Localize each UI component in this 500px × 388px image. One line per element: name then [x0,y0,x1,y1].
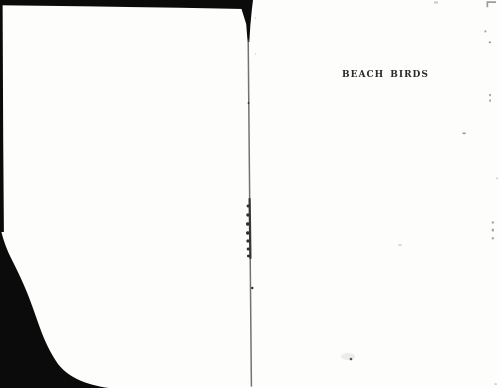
corner-mark [487,1,497,7]
top-edge-shadow [0,0,244,9]
gutter-top-shadow [239,0,254,42]
chapter-heading: BEACH BIRDS [342,70,429,80]
bottom-left-shadow [0,226,109,388]
ink-dot [341,353,355,360]
dust-specks [255,2,498,385]
left-edge-shadow [0,0,4,232]
book-scan-spread: BEACH BIRDS [0,0,500,388]
gutter-line-dark-segment [250,199,251,258]
scan-artifacts-layer [0,0,500,388]
